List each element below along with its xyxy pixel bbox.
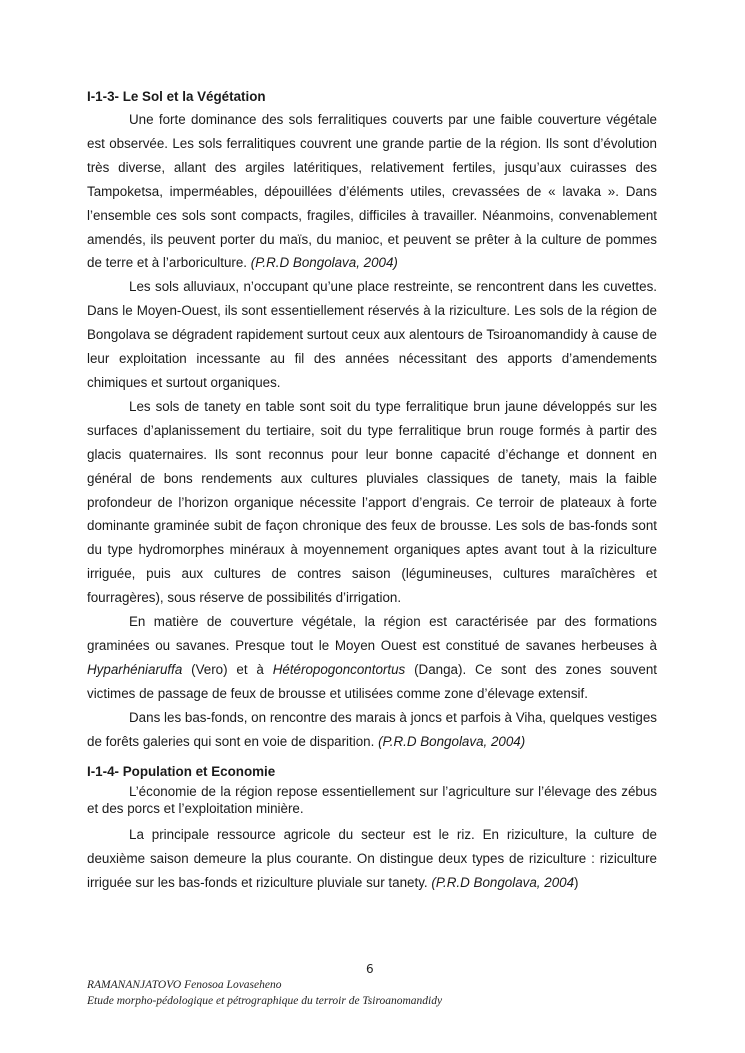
- section-heading-population-economie: I-1-4- Population et Economie: [87, 761, 657, 783]
- paragraph: L’économie de la région repose essentiel…: [87, 783, 657, 817]
- paragraph: En matière de couverture végétale, la ré…: [87, 610, 657, 706]
- citation: (P.R.D Bongolava, 2004): [378, 734, 525, 749]
- footer-title: Etude morpho-pédologique et pétrographiq…: [87, 993, 442, 1009]
- paragraph: La principale ressource agricole du sect…: [87, 823, 657, 895]
- paragraph-text: En matière de couverture végétale, la ré…: [87, 614, 657, 653]
- page-footer: RAMANANJATOVO Fenosoa Lovaseheno Etude m…: [87, 977, 442, 1009]
- species-name: Hétéropogoncontortus: [273, 662, 406, 677]
- page-number: 6: [366, 962, 374, 976]
- citation: (P.R.D Bongolava, 2004): [251, 255, 398, 270]
- paragraph-text: Une forte dominance des sols ferralitiqu…: [87, 112, 657, 270]
- paragraph: Dans les bas-fonds, on rencontre des mar…: [87, 706, 657, 754]
- paragraph-text: (Vero) et à: [182, 662, 272, 677]
- paragraph-text: Dans les bas-fonds, on rencontre des mar…: [87, 710, 657, 749]
- footer-author: RAMANANJATOVO Fenosoa Lovaseheno: [87, 977, 442, 993]
- citation: (P.R.D Bongolava, 2004: [431, 875, 574, 890]
- paragraph: Les sols alluviaux, n’occupant qu’une pl…: [87, 275, 657, 395]
- paragraph: Une forte dominance des sols ferralitiqu…: [87, 108, 657, 275]
- species-name: Hyparhéniaruffa: [87, 662, 182, 677]
- paragraph: Les sols de tanety en table sont soit du…: [87, 395, 657, 610]
- paragraph-text: ): [574, 875, 578, 890]
- document-page: I-1-3- Le Sol et la Végétation Une forte…: [87, 86, 657, 895]
- spacer: [87, 753, 657, 761]
- section-heading-sol-vegetation: I-1-3- Le Sol et la Végétation: [87, 86, 657, 108]
